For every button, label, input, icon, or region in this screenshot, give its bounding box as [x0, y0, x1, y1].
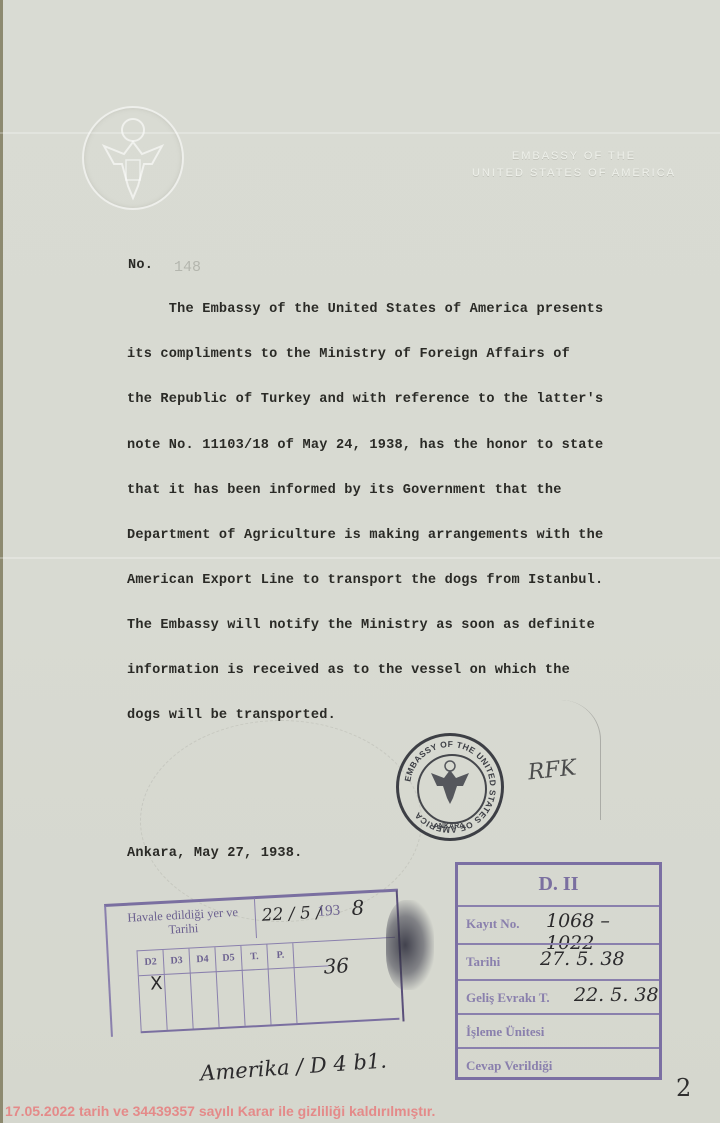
body-line: The Embassy of the United States of Amer…	[127, 302, 603, 317]
registry-row-label: İşleme Ünitesi	[466, 1024, 544, 1040]
routing-year-printed: 193	[317, 903, 340, 921]
body-line: that it has been informed by its Governm…	[127, 483, 562, 498]
letterhead-line-1: EMBASSY OF THE	[472, 148, 676, 165]
stamp-inner-ring	[417, 754, 487, 824]
handwritten-note: Amerika / D 4 b1.	[199, 1049, 387, 1086]
body-line: information is received as to the vessel…	[127, 663, 570, 678]
body-line: its compliments to the Ministry of Forei…	[127, 347, 570, 362]
document-number-label: No.	[128, 258, 153, 273]
registry-row-value: 27. 5. 38	[540, 948, 625, 970]
ink-blot	[386, 900, 434, 990]
letterhead-line-2: UNITED STATES OF AMERICA	[472, 165, 676, 182]
routing-grid: D2 D3 D4 D5 T. P.	[136, 937, 399, 1033]
registry-stamp: D. II Kayıt No. 1068 – 1022 Tarihi 27. 5…	[455, 862, 662, 1080]
body-line: the Republic of Turkey and with referenc…	[127, 392, 603, 407]
stamp-bottom-text: ANKARA.	[434, 823, 466, 830]
registry-row: Geliş Evrakı T. 22. 5. 38	[458, 979, 659, 1017]
registry-row: İşleme Ünitesi	[458, 1013, 659, 1051]
routing-x-mark: X	[150, 973, 163, 995]
registry-row-label: Cevap Verildiği	[466, 1058, 552, 1074]
registry-row-label: Kayıt No.	[466, 916, 519, 932]
routing-stamp-date: 22 / 5 / 193 8	[254, 891, 389, 938]
registry-row-label: Tarihi	[466, 954, 500, 970]
closing-place-date: Ankara, May 27, 1938.	[127, 846, 303, 861]
great-seal-emboss-icon	[82, 106, 184, 210]
fold-line	[0, 557, 720, 559]
registry-row: Cevap Verildiği	[458, 1047, 659, 1085]
routing-number-handwritten: 36	[323, 953, 350, 978]
registry-row: Kayıt No. 1068 – 1022	[458, 905, 659, 943]
body-line: American Export Line to transport the do…	[127, 573, 603, 588]
routing-stamp-label: Havale edildiği yer ve Tarihi	[112, 904, 254, 947]
body-line: Department of Agriculture is making arra…	[127, 528, 603, 543]
letterhead: EMBASSY OF THE UNITED STATES OF AMERICA	[472, 148, 676, 182]
routing-stamp: Havale edildiği yer ve Tarihi 22 / 5 / 1…	[104, 889, 407, 1044]
registry-stamp-title: D. II	[458, 873, 659, 896]
document-page: EMBASSY OF THE UNITED STATES OF AMERICA …	[0, 0, 720, 1123]
embassy-stamp: EMBASSY OF THE UNITED STATES OF AMERICA …	[396, 733, 504, 841]
page-number: 2	[676, 1074, 691, 1102]
handwritten-initials: RFK	[527, 756, 578, 786]
body-line: The Embassy will notify the Ministry as …	[127, 618, 595, 633]
registry-row-label: Geliş Evrakı T.	[466, 990, 550, 1006]
routing-date-handwritten: 22 / 5 /	[261, 903, 322, 926]
paper-edge	[0, 0, 3, 1123]
document-number-value: 148	[174, 259, 201, 276]
grid-column-p: P.	[267, 943, 297, 1024]
registry-row-value: 22. 5. 38	[574, 984, 659, 1006]
routing-year-handwritten: 8	[351, 895, 365, 920]
registry-row: Tarihi 27. 5. 38	[458, 943, 659, 981]
body-line: note No. 11103/18 of May 24, 1938, has t…	[127, 438, 603, 453]
declassification-notice: 17.05.2022 tarih ve 34439357 sayılı Kara…	[5, 1103, 435, 1119]
